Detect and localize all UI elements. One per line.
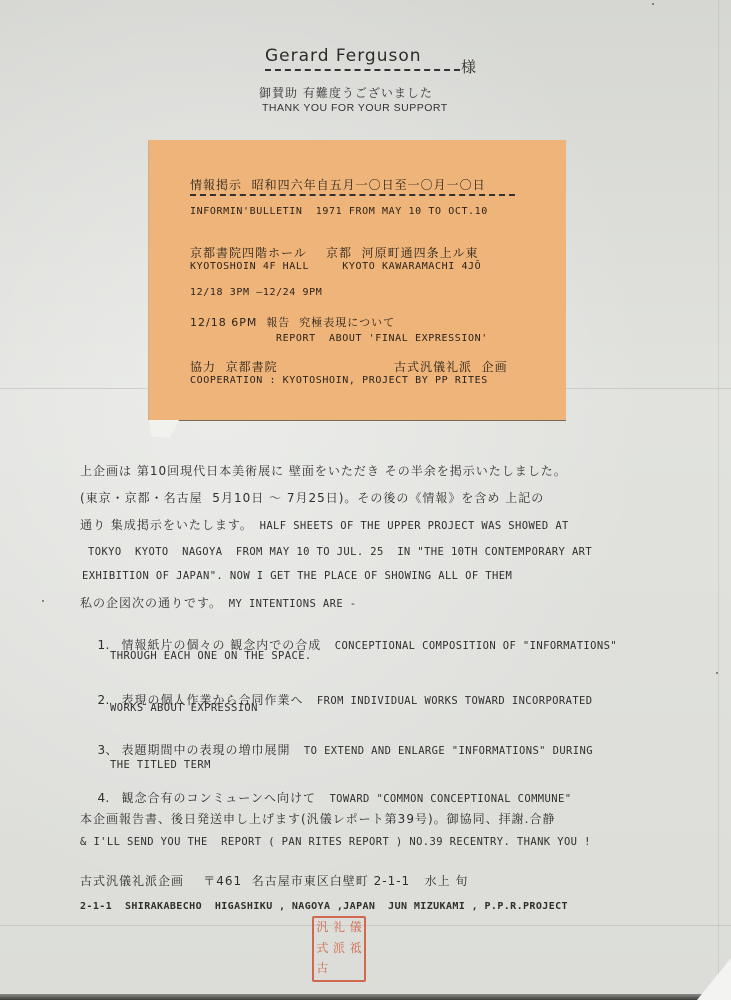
announcement-card: 情報掲示 昭和四六年自五月一〇日至一〇月一〇日 INFORMIN'BULLETI… bbox=[149, 140, 566, 420]
item-en: CONCEPTIONAL COMPOSITION OF "INFORMATION… bbox=[335, 640, 617, 652]
body-paragraph-line: (東京・京都・名古屋 5月10日 〜 7月25日)。その後の《情報》を含め 上記… bbox=[80, 489, 544, 506]
card-cooperation-japanese: 協力 京都書院 bbox=[190, 358, 278, 375]
body-paragraph-line: TOKYO KYOTO NAGOYA FROM MAY 10 TO JUL. 2… bbox=[88, 546, 592, 558]
recipient-name: Gerard Ferguson bbox=[265, 46, 460, 71]
body-en-segment: HALF SHEETS OF THE UPPER PROJECT WAS SHO… bbox=[260, 520, 569, 532]
item-en: TOWARD "COMMON CONCEPTIONAL COMMUNE" bbox=[329, 793, 571, 805]
item-number: 3、 bbox=[97, 741, 121, 758]
report-notice-japanese: 本企画報告書、後日発送申し上げます(汎儀レポート第39号)。御協同、拝謝.合静 bbox=[80, 810, 555, 827]
report-notice-english: & I'LL SEND YOU THE REPORT ( PAN RITES R… bbox=[80, 836, 591, 848]
body-paragraph-line: 通り 集成掲示をいたします。 HALF SHEETS OF THE UPPER … bbox=[80, 516, 569, 533]
seal-char: 古 bbox=[314, 959, 331, 980]
address-english: 2-1-1 SHIRAKABECHO HIGASHIKU , NAGOYA ,J… bbox=[80, 901, 568, 912]
seal-char: 儀 bbox=[347, 918, 364, 939]
item-jp: 観念合有のコンミューンへ向けて bbox=[121, 791, 316, 805]
seal-char: 汎 bbox=[314, 918, 331, 939]
card-title-english: INFORMIN'BULLETIN 1971 FROM MAY 10 TO OC… bbox=[190, 206, 488, 217]
intention-item: 4.観念合有のコンミューンへ向けて TOWARD "COMMON CONCEPT… bbox=[84, 777, 571, 806]
item-en: FROM INDIVIDUAL WORKS TOWARD INCORPORATE… bbox=[317, 695, 593, 707]
seal-char bbox=[347, 959, 364, 980]
item-en-continued: THE TITLED TERM bbox=[110, 759, 211, 771]
intentions-intro: 私の企図次の通りです。 MY INTENTIONS ARE - bbox=[80, 594, 357, 611]
paper-bottom-edge bbox=[0, 994, 731, 1000]
card-cooperation-english: COOPERATION : KYOTOSHOIN, PROJECT BY PP … bbox=[190, 375, 488, 386]
body-jp-segment: 通り 集成掲示をいたします。 bbox=[80, 518, 253, 532]
card-dates: 12/18 3PM —12/24 9PM bbox=[190, 287, 322, 298]
paper-speck bbox=[652, 3, 654, 5]
item-en: TO EXTEND AND ENLARGE "INFORMATIONS" DUR… bbox=[304, 745, 593, 757]
card-project-japanese: 古式汎儀礼派 企画 bbox=[394, 358, 508, 375]
paper-speck bbox=[42, 600, 44, 602]
fold-crease bbox=[718, 0, 719, 1000]
card-report-japanese: 12/18 6PM 報告 究極表現について bbox=[190, 314, 395, 330]
intentions-intro-en: MY INTENTIONS ARE - bbox=[229, 598, 357, 610]
seal-char: 派 bbox=[331, 939, 348, 960]
card-title-underline bbox=[190, 194, 515, 196]
seal-char: 式 bbox=[314, 939, 331, 960]
card-report-english: REPORT ABOUT 'FINAL EXPRESSION' bbox=[276, 333, 488, 344]
thanks-english: THANK YOU FOR YOUR SUPPORT bbox=[262, 102, 448, 114]
intention-item: 3、表題期間中の表現の増巾展開 TO EXTEND AND ENLARGE "I… bbox=[84, 729, 593, 758]
address-japanese: 古式汎儀礼派企画 〒461 名古屋市東区白壁町 2-1-1 水上 旬 bbox=[80, 872, 468, 889]
seal-char: 祗 bbox=[347, 939, 364, 960]
thanks-japanese: 御賛助 有難度うございました bbox=[259, 84, 433, 101]
card-venue-japanese: 京都書院四階ホール 京都 河原町通四条上ル東 bbox=[190, 244, 479, 261]
intention-item: 1.情報紙片の個々の 観念内での合成 CONCEPTIONAL COMPOSIT… bbox=[84, 624, 617, 653]
recipient-honorific: 様 bbox=[461, 56, 476, 77]
paper-corner-fold bbox=[697, 958, 731, 1000]
card-title-japanese: 情報掲示 昭和四六年自五月一〇日至一〇月一〇日 bbox=[190, 176, 486, 193]
seal-char: 礼 bbox=[331, 918, 348, 939]
intentions-intro-jp: 私の企図次の通りです。 bbox=[80, 596, 222, 610]
item-en-continued: WORKS ABOUT EXPRESSION bbox=[110, 702, 258, 714]
item-en-continued: THROUGH EACH ONE ON THE SPACE. bbox=[110, 650, 312, 662]
item-jp: 表題期間中の表現の増巾展開 bbox=[121, 743, 290, 757]
seal-char bbox=[331, 959, 348, 980]
item-number: 4. bbox=[97, 791, 121, 805]
paper-speck bbox=[716, 672, 718, 674]
body-paragraph-line: 上企画は 第10回現代日本美術展に 壁面をいただき その半余を掲示いたしました。 bbox=[80, 462, 567, 479]
card-venue-english: KYOTOSHOIN 4F HALL KYOTO KAWARAMACHI 4JŌ bbox=[190, 261, 481, 272]
body-paragraph-line: EXHIBITION OF JAPAN". NOW I GET THE PLAC… bbox=[82, 570, 512, 582]
red-seal-stamp: 汎 礼 儀 式 派 祗 古 bbox=[312, 916, 366, 982]
